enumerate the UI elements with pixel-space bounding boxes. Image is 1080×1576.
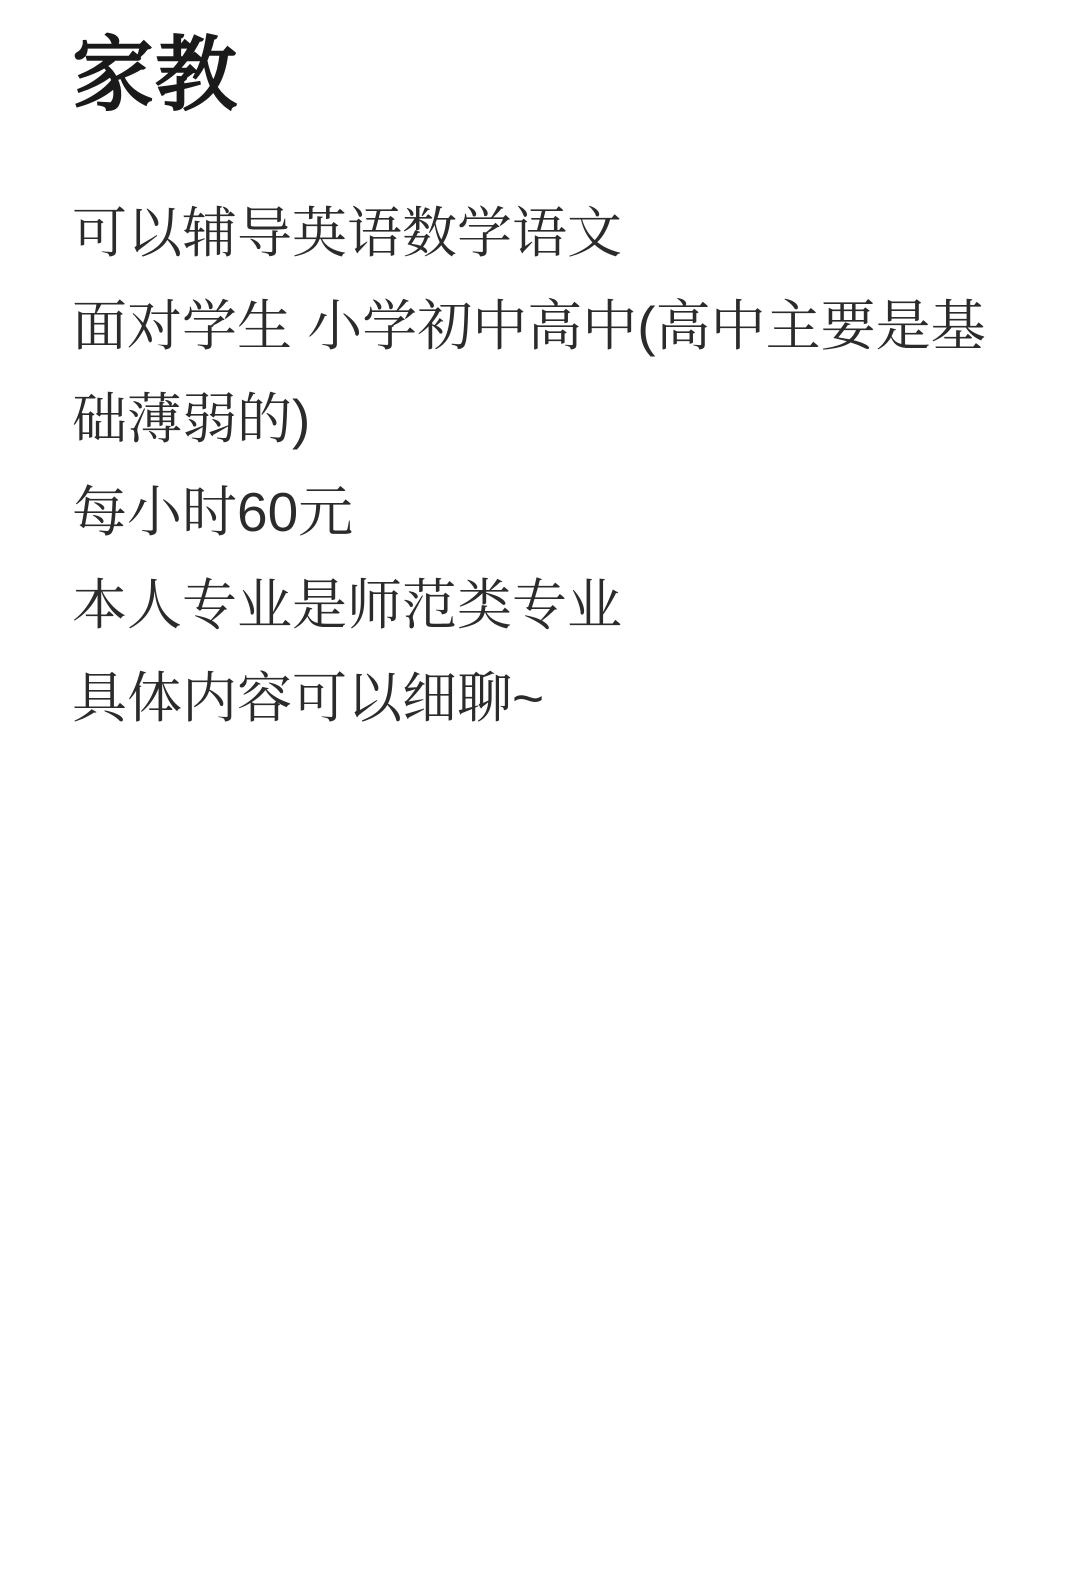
body-line-contact: 具体内容可以细聊~ xyxy=(72,652,1008,745)
post-detail-page: 家教 可以辅导英语数学语文 面对学生 小学初中高中(高中主要是基础薄弱的) 每小… xyxy=(0,0,1080,1576)
post-body: 可以辅导英语数学语文 面对学生 小学初中高中(高中主要是基础薄弱的) 每小时60… xyxy=(72,187,1008,745)
body-line-major: 本人专业是师范类专业 xyxy=(72,559,1008,652)
post-title: 家教 xyxy=(72,28,1008,125)
body-line-price: 每小时60元 xyxy=(72,466,1008,559)
body-line-students: 面对学生 小学初中高中(高中主要是基础薄弱的) xyxy=(72,280,1008,466)
body-line-subjects: 可以辅导英语数学语文 xyxy=(72,187,1008,280)
